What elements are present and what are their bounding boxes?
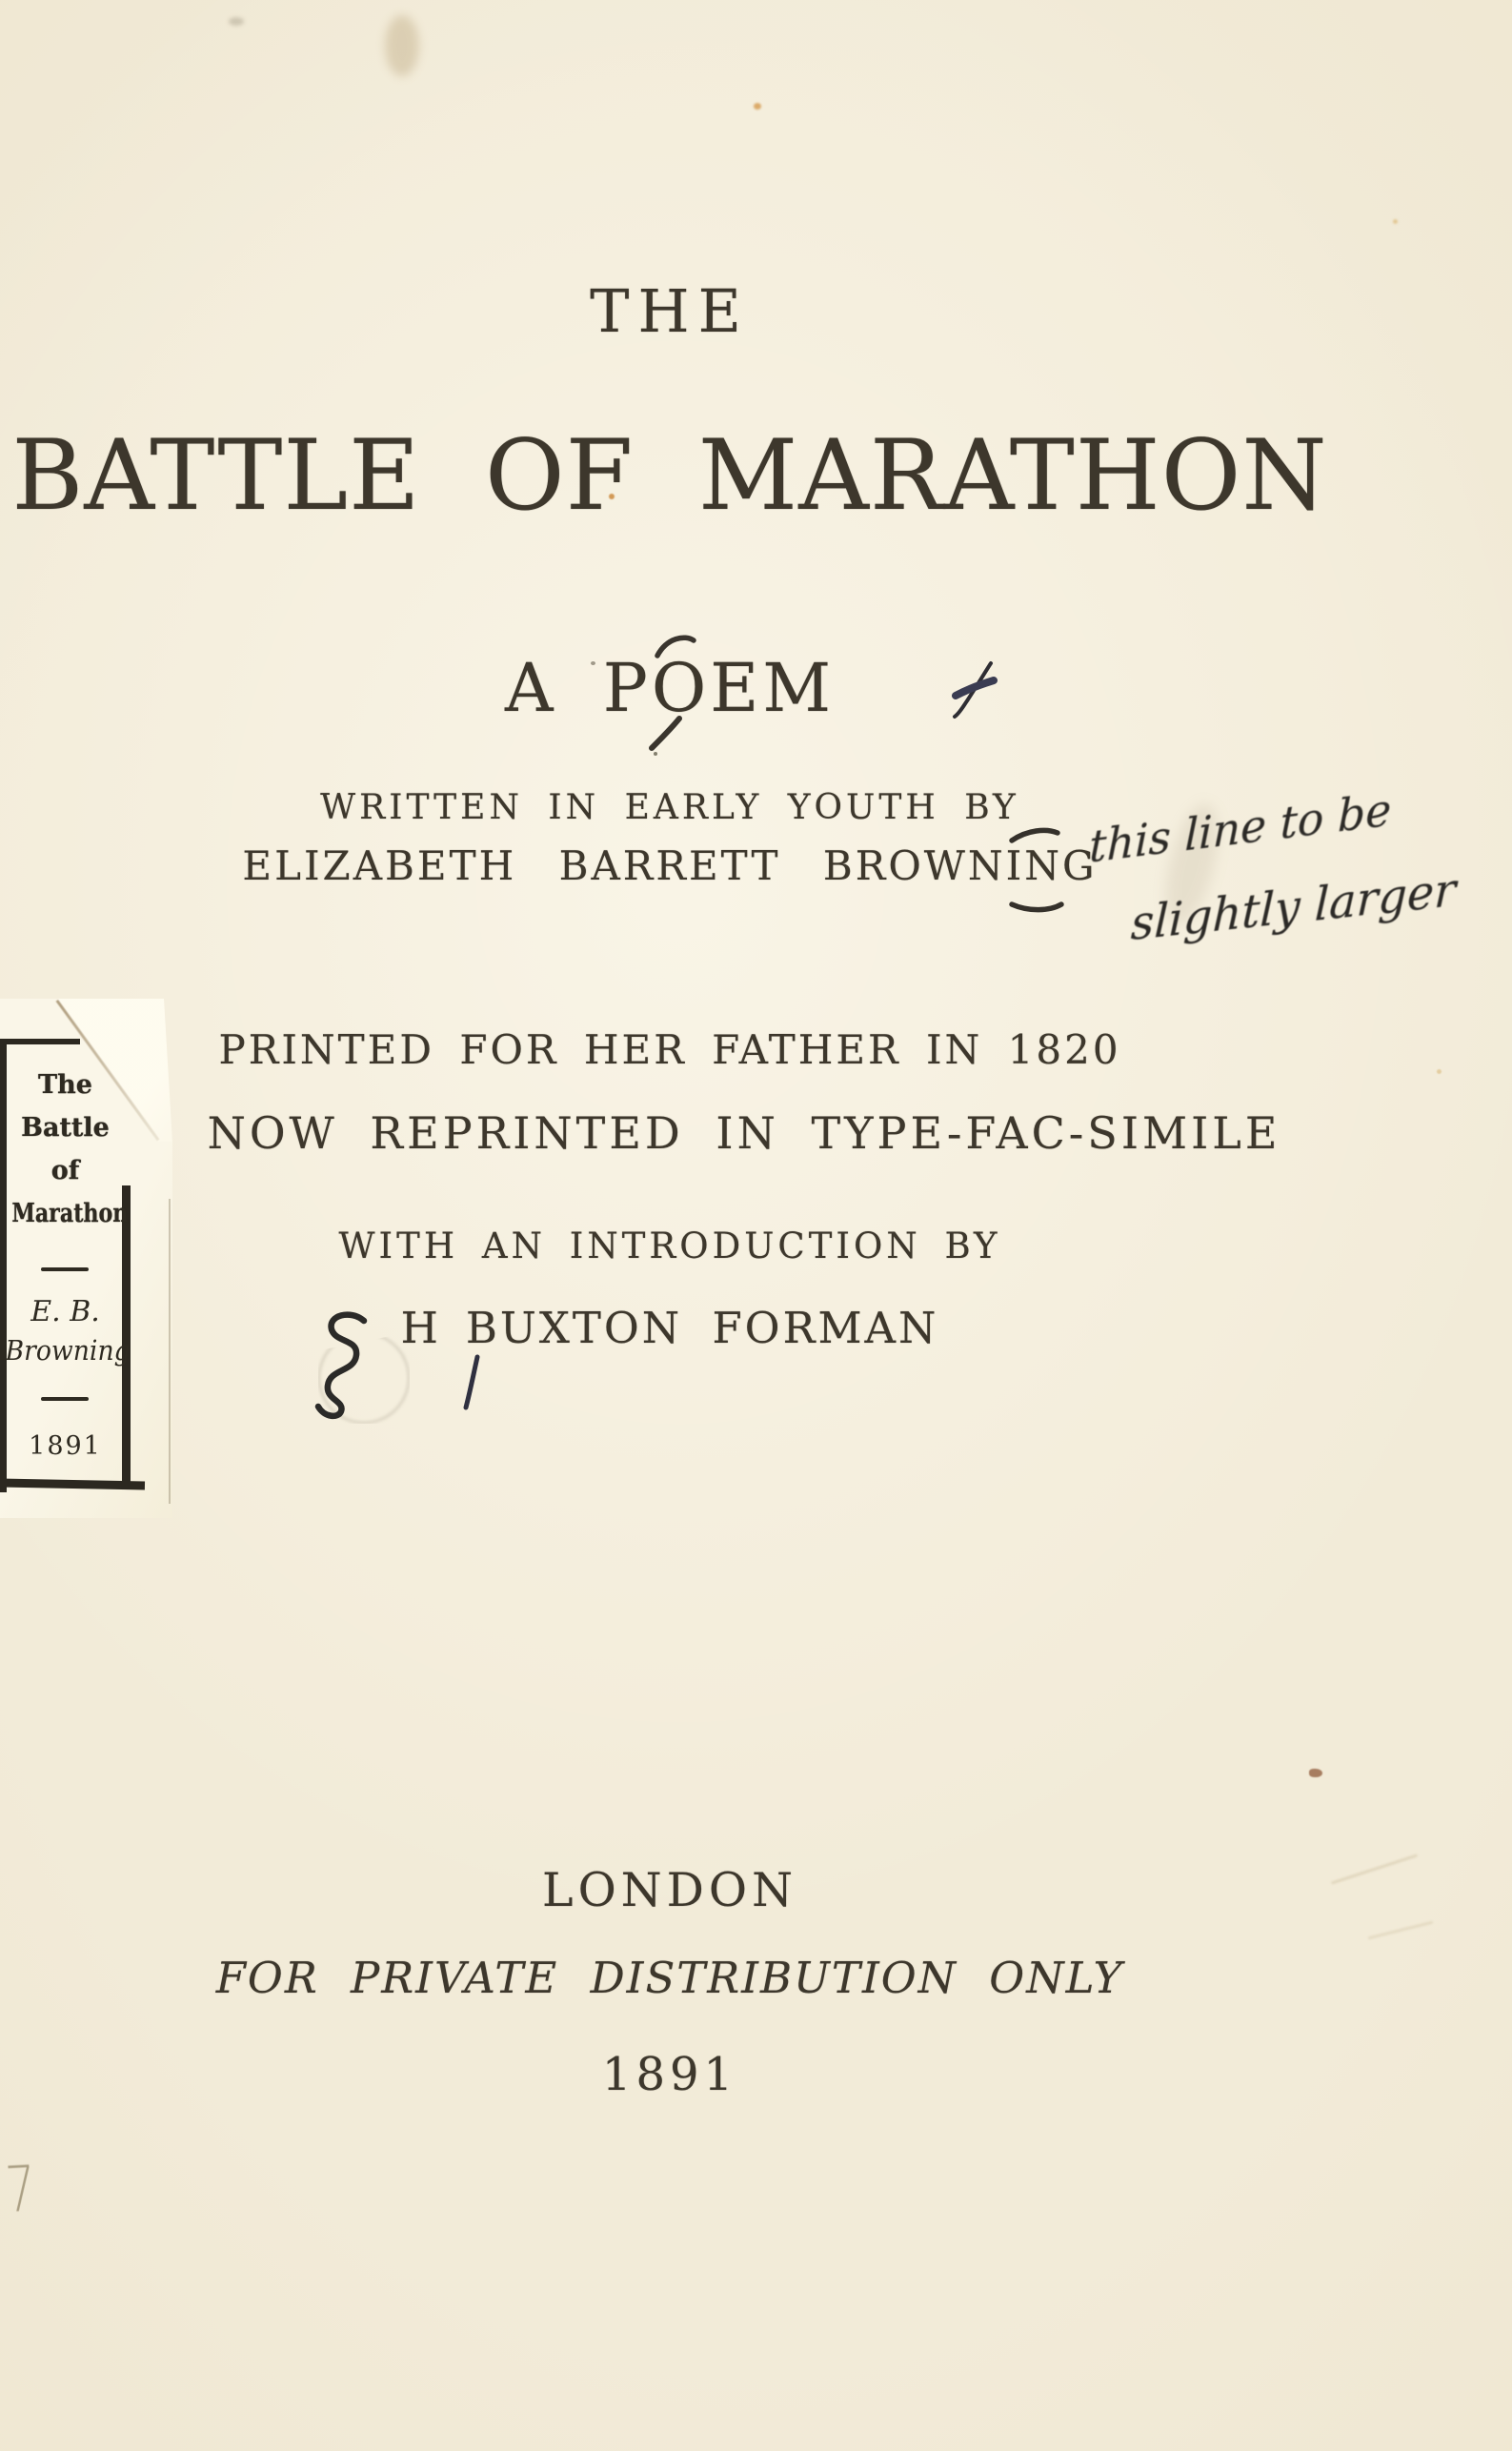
pencil-numeral: 7 [4, 2157, 37, 2222]
label-border-top [2, 1039, 80, 1044]
x-cross-mark-icon [953, 661, 997, 719]
editor-initial: H [401, 1303, 441, 1353]
foxing-spot [1309, 1769, 1322, 1777]
label-title-word: Marathon [11, 1201, 118, 1226]
subtitle: A POEM [0, 655, 1340, 721]
label-title-word: Battle [0, 1115, 131, 1141]
editor-name-line: HBUXTON FORMAN [0, 1307, 1340, 1349]
label-author-initials: E. B. [0, 1298, 131, 1327]
label-divider-rule [41, 1267, 89, 1271]
imprint-city: LONDON [0, 1867, 1340, 1914]
paper-scratch [1331, 1853, 1418, 1884]
paper-scratch [1368, 1921, 1434, 1940]
dash-above-g-mark-icon [1008, 825, 1061, 846]
label-border-bottom [0, 1479, 145, 1490]
label-title-word: of [0, 1158, 131, 1184]
label-border-left [0, 1039, 7, 1492]
imprint-year: 1891 [0, 2052, 1340, 2097]
introduction-by-line: WITH AN INTRODUCTION BY [0, 1228, 1340, 1264]
label-paper-edge [169, 1199, 171, 1504]
printed-for-father-line: PRINTED FOR HER FATHER IN 1820 [0, 1030, 1340, 1070]
scanned-title-page: THE BATTLE OF MARATHON A POEM WRITTEN IN… [0, 0, 1512, 2451]
paper-smudge [385, 15, 419, 76]
inserted-point-after-h-mark-icon [463, 1355, 480, 1410]
header-word: THE [0, 282, 1340, 341]
imprint-notice: FOR PRIVATE DISTRIBUTION ONLY [0, 1956, 1340, 1999]
foxing-spot [1393, 219, 1398, 224]
label-year: 1891 [0, 1433, 131, 1459]
main-title: BATTLE OF MARATHON [0, 428, 1340, 525]
reprinted-facsimile-line: AND NOW REPRINTED IN TYPE-FAC-SIMILE [0, 1111, 1340, 1155]
label-divider-rule [41, 1397, 89, 1401]
spine-label: The Battle of Marathon E. B. Browning 18… [0, 999, 172, 1518]
caret-above-o-mark-icon [654, 633, 697, 659]
dash-below-g-mark-icon [1008, 898, 1065, 917]
paper-smudge [229, 17, 244, 26]
dele-proof-mark-icon [312, 1311, 372, 1418]
foxing-spot [1437, 1069, 1441, 1074]
ink-speck [654, 752, 657, 756]
label-title-word: The [0, 1072, 131, 1098]
slash-below-o-mark-icon [648, 717, 684, 751]
foxing-spot [754, 103, 761, 110]
label-author-surname: Browning [5, 1337, 125, 1365]
editor-name: BUXTON FORMAN [466, 1303, 939, 1353]
